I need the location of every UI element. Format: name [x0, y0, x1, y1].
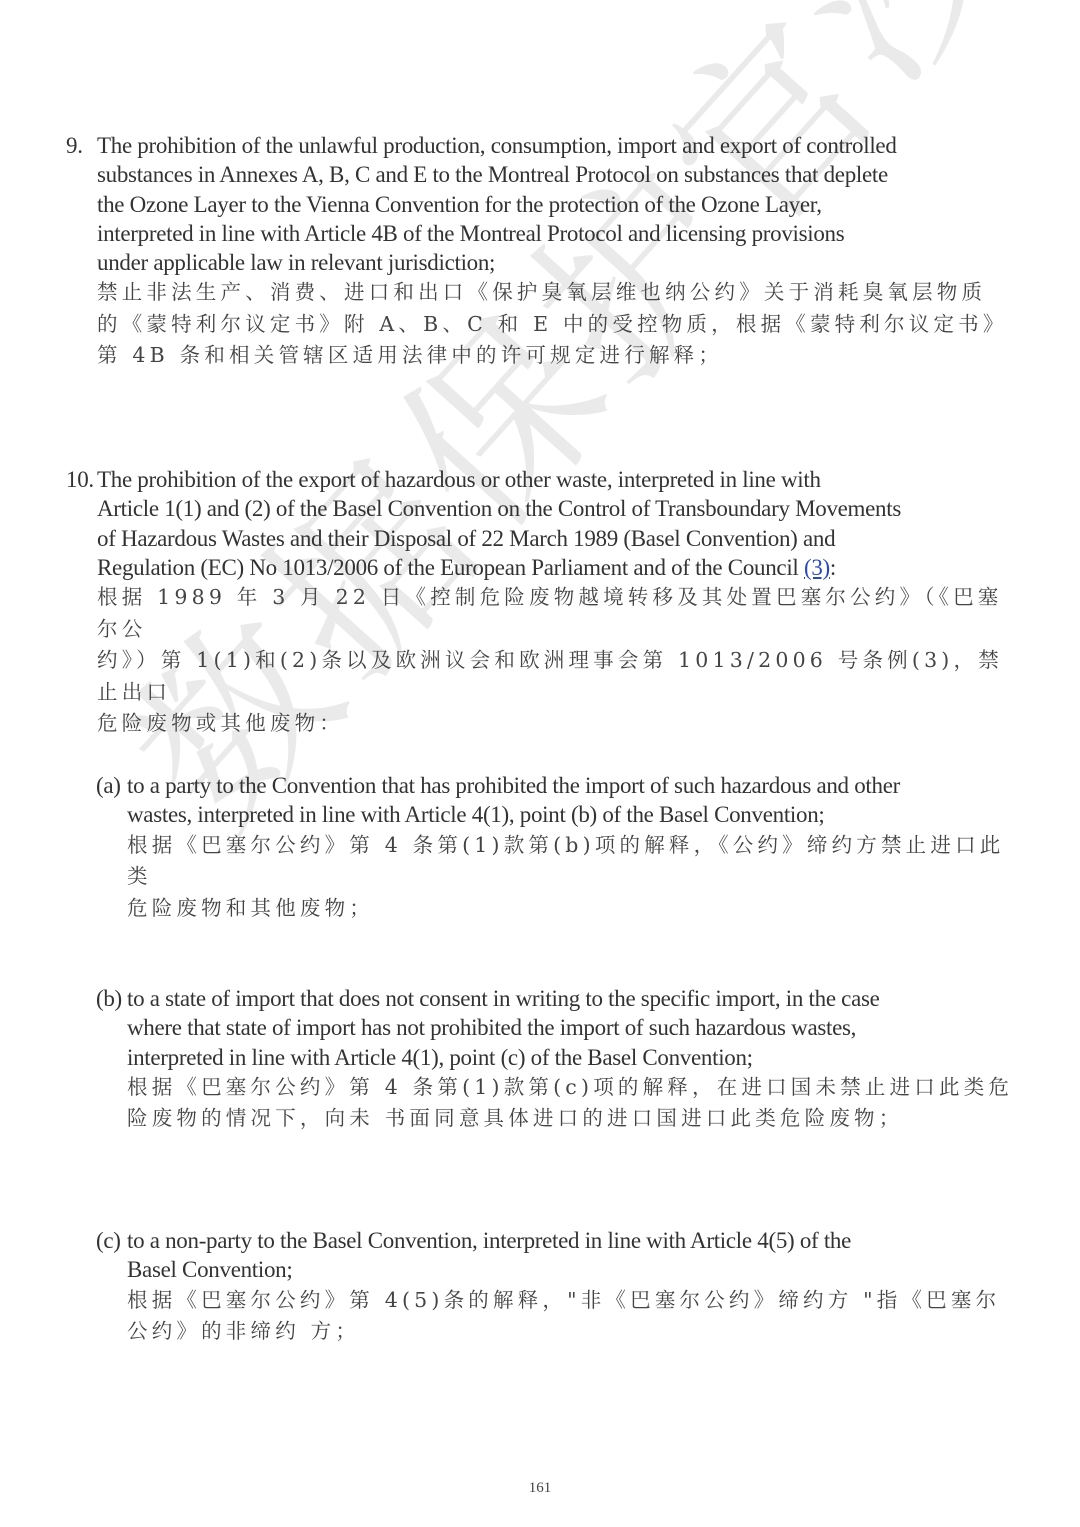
english-text: to a party to the Convention that has pr… — [127, 771, 1026, 830]
text-segment: : — [830, 555, 836, 580]
text-line: 约》）第 1(1)和(2)条以及欧洲议会和欧洲理事会第 1013/2006 号条… — [97, 645, 1026, 708]
item-number: 10. — [66, 465, 94, 494]
text-line: 禁止非法生产、消费、进口和出口《保护臭氧层维也纳公约》关于消耗臭氧层物质 — [97, 277, 1026, 309]
text-line: 危险废物或其他废物： — [97, 708, 1026, 740]
item-number: (b) — [96, 984, 122, 1013]
text-line: the Ozone Layer to the Vienna Convention… — [97, 190, 1026, 219]
english-text: The prohibition of the unlawful producti… — [97, 131, 1026, 277]
item-number: 9. — [66, 131, 83, 160]
text-line: 根据《巴塞尔公约》第 4 条第(1)款第(b)项的解释，《公约》缔约方禁止进口此… — [127, 830, 1026, 893]
chinese-text: 根据 1989 年 3 月 22 日《控制危险废物越境转移及其处置巴塞尔公约》（… — [97, 582, 1026, 740]
text-line: The prohibition of the export of hazardo… — [97, 465, 1026, 494]
list-item-10: 10. The prohibition of the export of haz… — [66, 465, 1026, 740]
footnote-link-3[interactable]: (3) — [804, 555, 830, 580]
text-line: wastes, interpreted in line with Article… — [127, 800, 1026, 829]
sub-item-a: (a) to a party to the Convention that ha… — [96, 771, 1026, 924]
chinese-text: 根据《巴塞尔公约》第 4(5)条的解释，"非《巴塞尔公约》缔约方 "指《巴塞尔 … — [127, 1285, 1026, 1348]
text-line: 根据《巴塞尔公约》第 4(5)条的解释，"非《巴塞尔公约》缔约方 "指《巴塞尔 — [127, 1285, 1026, 1317]
sub-item-c: (c) to a non-party to the Basel Conventi… — [96, 1226, 1026, 1348]
text-line: interpreted in line with Article 4(1), p… — [127, 1043, 1026, 1072]
chinese-text: 根据《巴塞尔公约》第 4 条第(1)款第(b)项的解释，《公约》缔约方禁止进口此… — [127, 830, 1026, 925]
text-line: The prohibition of the unlawful producti… — [97, 131, 1026, 160]
text-line: 危险废物和其他废物； — [127, 893, 1026, 925]
list-item-9: 9. The prohibition of the unlawful produ… — [66, 131, 1026, 372]
item-number: (c) — [96, 1226, 121, 1255]
text-line: 根据《巴塞尔公约》第 4 条第(1)款第(c)项的解释，在进口国未禁止进口此类危 — [127, 1072, 1026, 1104]
english-text: The prohibition of the export of hazardo… — [97, 465, 1026, 582]
item-number: (a) — [96, 771, 121, 800]
text-line: to a state of import that does not conse… — [127, 984, 1026, 1013]
chinese-text: 根据《巴塞尔公约》第 4 条第(1)款第(c)项的解释，在进口国未禁止进口此类危… — [127, 1072, 1026, 1135]
english-text: to a state of import that does not conse… — [127, 984, 1026, 1072]
text-line: of Hazardous Wastes and their Disposal o… — [97, 524, 1026, 553]
chinese-text: 禁止非法生产、消费、进口和出口《保护臭氧层维也纳公约》关于消耗臭氧层物质 的《蒙… — [97, 277, 1026, 372]
document-page: 数据保护官沙龙 9. The prohibition of the unlawf… — [0, 0, 1080, 1527]
english-text: to a non-party to the Basel Convention, … — [127, 1226, 1026, 1285]
text-segment: Regulation (EC) No 1013/2006 of the Euro… — [97, 555, 804, 580]
text-line: 险废物的情况下，向未 书面同意具体进口的进口国进口此类危险废物； — [127, 1103, 1026, 1135]
text-line: to a party to the Convention that has pr… — [127, 771, 1026, 800]
text-line: Article 1(1) and (2) of the Basel Conven… — [97, 494, 1026, 523]
text-line: Regulation (EC) No 1013/2006 of the Euro… — [97, 553, 1026, 582]
text-line: substances in Annexes A, B, C and E to t… — [97, 160, 1026, 189]
text-line: under applicable law in relevant jurisdi… — [97, 248, 1026, 277]
text-line: 公约》的非缔约 方； — [127, 1316, 1026, 1348]
text-line: where that state of import has not prohi… — [127, 1013, 1026, 1042]
text-line: 根据 1989 年 3 月 22 日《控制危险废物越境转移及其处置巴塞尔公约》（… — [97, 582, 1026, 645]
text-line: interpreted in line with Article 4B of t… — [97, 219, 1026, 248]
text-line: Basel Convention; — [127, 1255, 1026, 1284]
text-line: 的《蒙特利尔议定书》附 A、B、C 和 E 中的受控物质，根据《蒙特利尔议定书》 — [97, 309, 1026, 341]
sub-item-b: (b) to a state of import that does not c… — [96, 984, 1026, 1135]
text-line: to a non-party to the Basel Convention, … — [127, 1226, 1026, 1255]
text-line: 第 4B 条和相关管辖区适用法律中的许可规定进行解释； — [97, 340, 1026, 372]
page-number: 161 — [0, 1480, 1080, 1497]
